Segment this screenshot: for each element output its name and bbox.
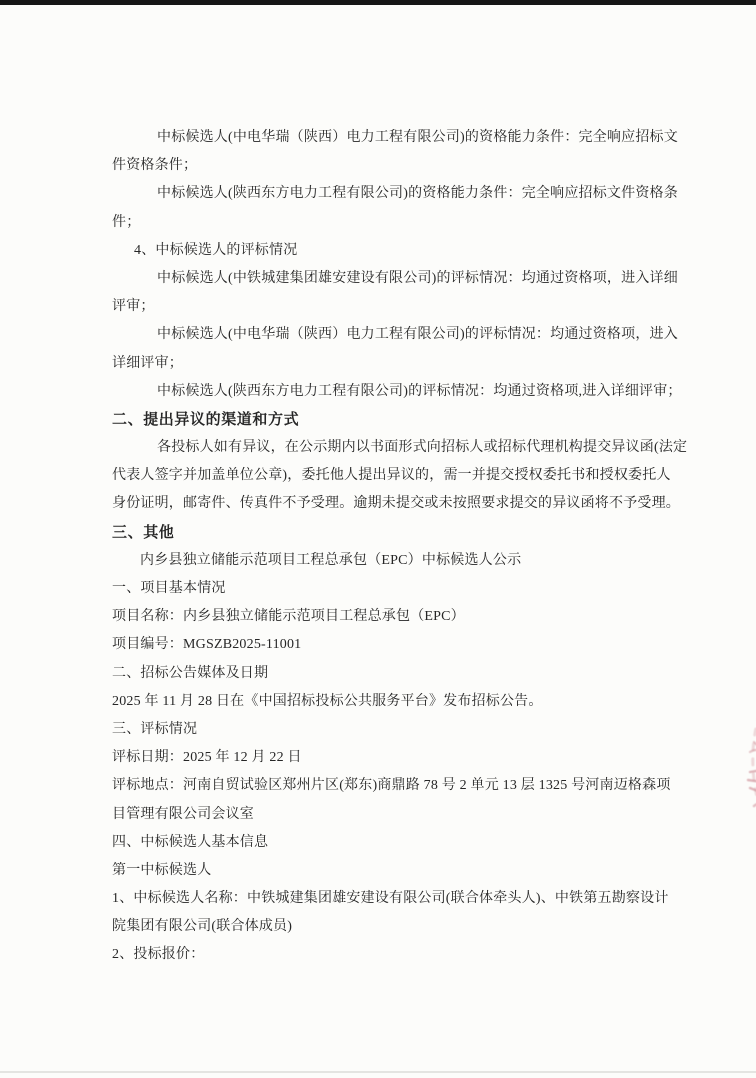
scanned-document-page: 中标候选人(中电华瑞（陕西）电力工程有限公司)的资格能力条件：完全响应招标文件资… <box>0 0 756 1078</box>
doc-line-23: 评标日期：2025 年 12 月 22 日 <box>112 744 716 772</box>
doc-line-25: 目管理有限公司会议室 <box>112 801 716 829</box>
doc-line-20: 二、招标公告媒体及日期 <box>112 660 716 688</box>
scan-edge-top <box>0 0 756 5</box>
doc-line-10: 中标候选人(陕西东方电力工程有限公司)的评标情况：均通过资格项,进入详细评审； <box>112 378 716 406</box>
doc-line-7: 评审； <box>112 293 716 321</box>
doc-line-22: 三、评标情况 <box>112 716 716 744</box>
doc-line-1: 中标候选人(中电华瑞（陕西）电力工程有限公司)的资格能力条件：完全响应招标文 <box>112 124 716 152</box>
doc-line-24: 评标地点：河南自贸试验区郑州片区(郑东)商鼎路 78 号 2 单元 13 层 1… <box>112 772 716 800</box>
doc-line-4: 件； <box>112 209 716 237</box>
doc-line-26: 四、中标候选人基本信息 <box>112 829 716 857</box>
doc-line-28: 1、中标候选人名称：中铁城建集团雄安建设有限公司(联合体牵头人)、中铁第五勘察设… <box>112 885 716 913</box>
doc-line-3: 中标候选人(陕西东方电力工程有限公司)的资格能力条件：完全响应招标文件资格条 <box>112 180 716 208</box>
doc-line-12: 各投标人如有异议，在公示期内以书面形式向招标人或招标代理机构提交异议函(法定 <box>112 434 716 462</box>
doc-line-21: 2025 年 11 月 28 日在《中国招标投标公共服务平台》发布招标公告。 <box>112 688 716 716</box>
document-body: 中标候选人(中电华瑞（陕西）电力工程有限公司)的资格能力条件：完全响应招标文件资… <box>112 124 716 970</box>
doc-line-11: 二、提出异议的渠道和方式 <box>112 406 716 434</box>
doc-line-14: 身份证明，邮寄件、传真件不予受理。逾期未提交或未按照要求提交的异议函将不予受理。 <box>112 490 716 518</box>
doc-line-13: 代表人签字并加盖单位公章)，委托他人提出异议的，需一并提交授权委托书和授权委托人 <box>112 462 716 490</box>
doc-line-17: 一、项目基本情况 <box>112 575 716 603</box>
doc-line-5: 4、中标候选人的评标情况 <box>112 237 716 265</box>
doc-line-8: 中标候选人(中电华瑞（陕西）电力工程有限公司)的评标情况：均通过资格项，进入 <box>112 321 716 349</box>
doc-line-29: 院集团有限公司(联合体成员) <box>112 913 716 941</box>
doc-line-2: 件资格条件； <box>112 152 716 180</box>
doc-line-15: 三、其他 <box>112 519 716 547</box>
scan-edge-bottom <box>0 1071 756 1073</box>
doc-line-18: 项目名称：内乡县独立储能示范项目工程总承包（EPC） <box>112 603 716 631</box>
doc-line-9: 详细评审； <box>112 350 716 378</box>
doc-line-16: 内乡县独立储能示范项目工程总承包（EPC）中标候选人公示 <box>112 547 716 575</box>
doc-line-27: 第一中标候选人 <box>112 857 716 885</box>
red-seal-fragment <box>720 668 756 858</box>
doc-line-6: 中标候选人(中铁城建集团雄安建设有限公司)的评标情况：均通过资格项，进入详细 <box>112 265 716 293</box>
doc-line-19: 项目编号：MGSZB2025-11001 <box>112 631 716 659</box>
doc-line-30: 2、投标报价： <box>112 941 716 969</box>
